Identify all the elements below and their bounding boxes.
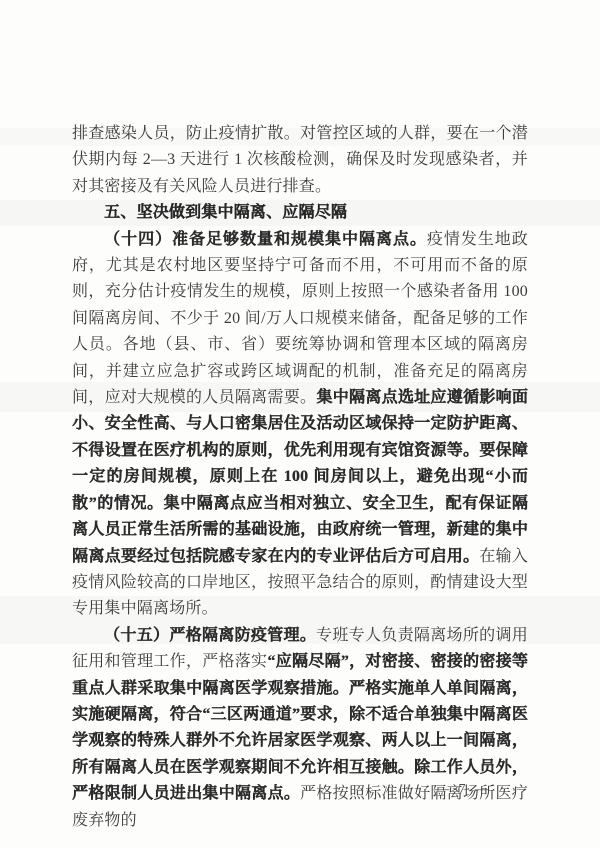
text-run: （十五）严格隔离防疫管理。 (104, 627, 316, 644)
paragraph: （十四）准备足够数量和规模集中隔离点。疫情发生地政府，尤其是农村地区要坚持宁可备… (72, 227, 528, 623)
page-number: — 7 — (0, 782, 492, 798)
text-run: 排查感染人员，防止疫情扩散。对管控区域的人群，要在一个潜伏期内每 2—3 天进行… (72, 125, 528, 195)
paragraph: 排查感染人员，防止疫情扩散。对管控区域的人群，要在一个潜伏期内每 2—3 天进行… (72, 121, 528, 200)
text-run: 集中隔离点选址应遵循影响面小、安全性高、与人口密集居住及活动区域保持一定防护距离… (72, 389, 528, 564)
text-run: 五、坚决做到集中隔离、应隔尽隔 (104, 204, 347, 221)
text-run: （十四）准备足够数量和规模集中隔离点。 (104, 231, 427, 248)
text-run: 疫情发生地政府，尤其是农村地区要坚持宁可备而不用，不可用而不备的原则，充分估计疫… (72, 231, 528, 406)
page-number-text: — 7 — (435, 782, 492, 797)
paragraph: （十五）严格隔离防疫管理。专班专人负责隔离场所的调用征用和管理工作，严格落实“应… (72, 623, 528, 834)
text-run: “应隔尽隔”，对密接、密接的密接等重点人群采取集中隔离医学观察措施。严格实施单人… (72, 653, 528, 802)
section-heading: 五、坚决做到集中隔离、应隔尽隔 (72, 200, 528, 226)
document-body: 排查感染人员，防止疫情扩散。对管控区域的人群，要在一个潜伏期内每 2—3 天进行… (72, 121, 528, 834)
document-page: 排查感染人员，防止疫情扩散。对管控区域的人群，要在一个潜伏期内每 2—3 天进行… (0, 0, 600, 848)
